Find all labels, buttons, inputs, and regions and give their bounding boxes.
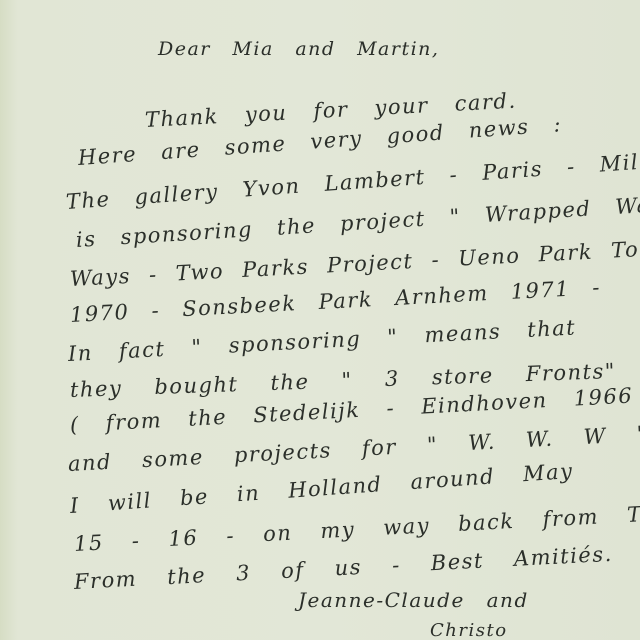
signature-continued: Christo <box>430 620 508 640</box>
signature: Jeanne-Claude and <box>298 588 529 612</box>
salutation: Dear Mia and Martin, <box>158 38 439 60</box>
letter-page: Dear Mia and Martin, Thank you for your … <box>0 0 640 640</box>
